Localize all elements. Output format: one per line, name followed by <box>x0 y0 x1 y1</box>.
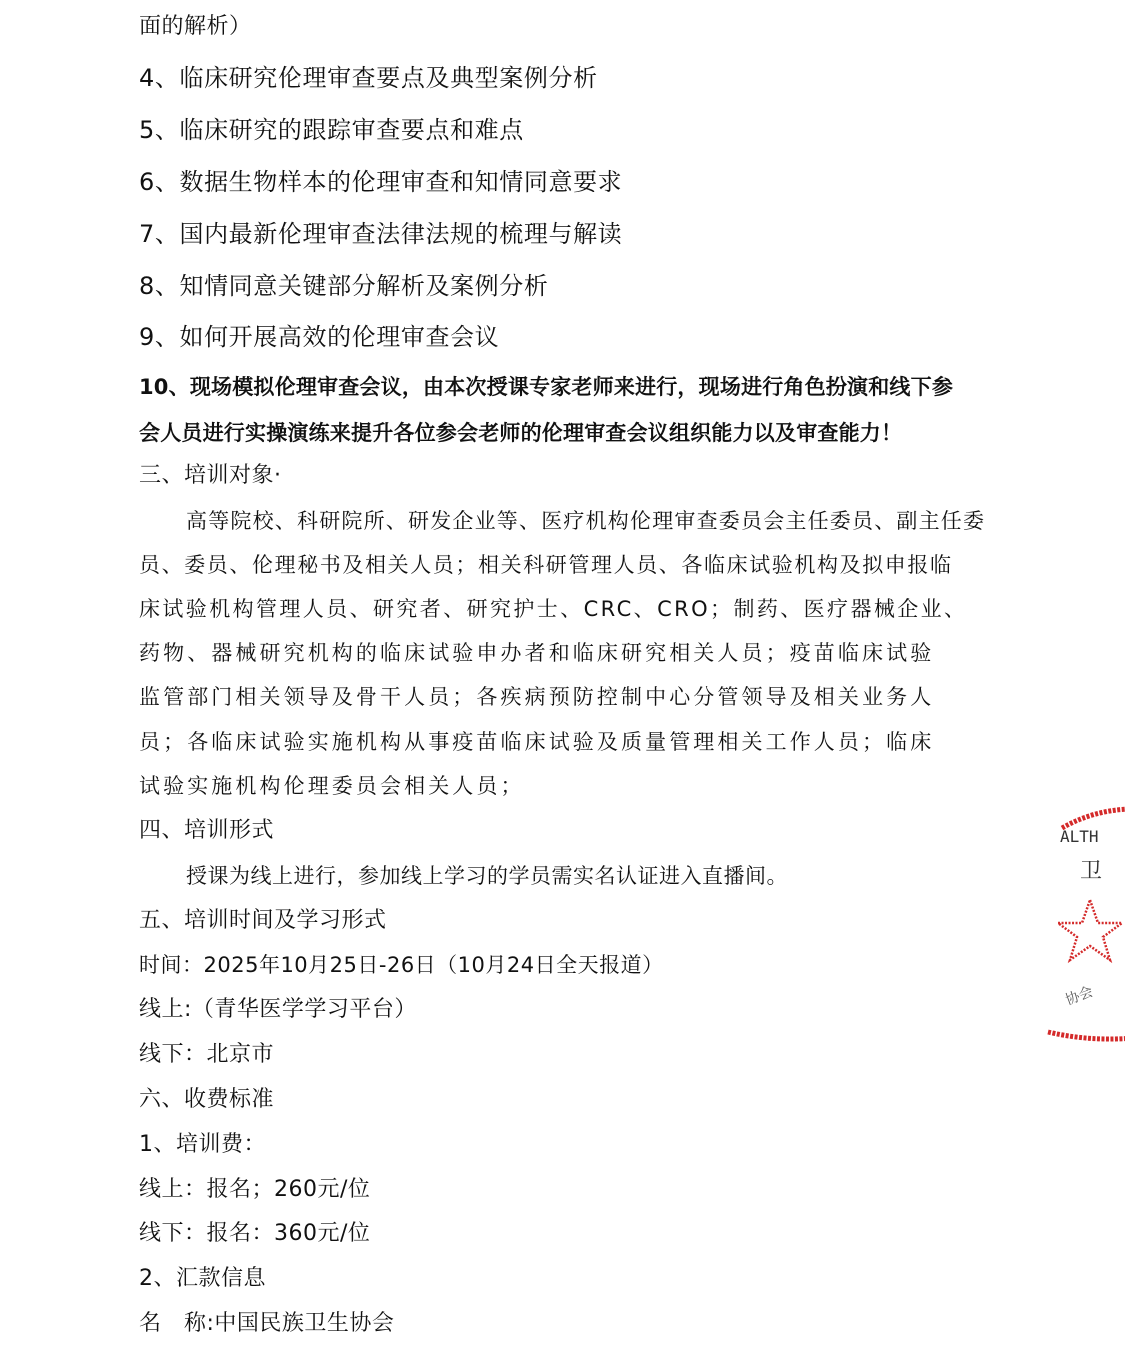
topic-item-5: 5、临床研究的跟踪审查要点和难点 <box>139 115 524 145</box>
online-fee: 线上：报名；260元/位 <box>139 1175 370 1205</box>
topic-item-7: 7、国内最新伦理审查法律法规的梳理与解读 <box>139 219 622 249</box>
svg-text:协会: 协会 <box>1063 983 1095 1009</box>
section-heading-5: 五、培训时间及学习形式 <box>139 906 387 936</box>
audience-paragraph-line-3: 床试验机构管理人员、研究者、研究护士、CRC、CRO；制药、医疗器械企业、 <box>139 594 967 624</box>
seal-text: ALTH <box>1060 827 1099 846</box>
official-seal-stamp: ALTH 卫 协会 <box>1040 800 1125 1045</box>
audience-paragraph-line-2: 员、委员、伦理秘书及相关人员；相关科研管理人员、各临床试验机构及拟申报临 <box>139 550 953 580</box>
topic-item-6: 6、数据生物样本的伦理审查和知情同意要求 <box>139 167 622 197</box>
audience-paragraph-line-7: 试验实施机构伦理委员会相关人员； <box>139 771 525 801</box>
topic-item-9: 9、如何开展高效的伦理审查会议 <box>139 322 499 352</box>
remittance-heading: 2、汇款信息 <box>139 1264 266 1294</box>
audience-paragraph-line-5: 监管部门相关领导及骨干人员；各疾病预防控制中心分管领导及相关业务人 <box>139 682 934 712</box>
section-heading-6: 六、收费标准 <box>139 1085 274 1115</box>
audience-paragraph-line-4: 药物、器械研究机构的临床试验申办者和临床研究相关人员；疫苗临床试验 <box>139 638 934 668</box>
section-heading-4: 四、培训形式 <box>139 816 274 846</box>
continued-line: 面的解析） <box>139 12 252 42</box>
topic-item-10-cont: 会人员进行实操演练来提升各位参会老师的伦理审查会议组织能力以及审查能力！ <box>139 418 902 448</box>
offline-location: 线下：北京市 <box>139 1040 274 1070</box>
audience-paragraph-line-1: 高等院校、科研院所、研发企业等、医疗机构伦理审查委员会主任委员、副主任委 <box>186 506 985 536</box>
training-time: 时间：2025年10月25日-26日（10月24日全天报道） <box>139 950 664 980</box>
topic-item-10: 10、现场模拟伦理审查会议，由本次授课专家老师来进行，现场进行角色扮演和线下参 <box>139 372 953 402</box>
document-page: 面的解析） 4、临床研究伦理审查要点及典型案例分析 5、临床研究的跟踪审查要点和… <box>0 0 1125 1347</box>
offline-fee: 线下：报名：360元/位 <box>139 1219 370 1249</box>
section-heading-3: 三、培训对象· <box>139 461 282 491</box>
svg-text:卫: 卫 <box>1080 859 1102 884</box>
account-name: 名 称:中国民族卫生协会 <box>139 1309 394 1339</box>
online-platform: 线上:（青华医学学习平台） <box>139 995 417 1025</box>
format-description: 授课为线上进行，参加线上学习的学员需实名认证进入直播间。 <box>186 861 788 891</box>
audience-paragraph-line-6: 员；各临床试验实施机构从事疫苗临床试验及质量管理相关工作人员；临床 <box>139 727 934 757</box>
topic-item-4: 4、临床研究伦理审查要点及典型案例分析 <box>139 63 598 93</box>
fee-heading: 1、培训费： <box>139 1130 266 1160</box>
topic-item-8: 8、知情同意关键部分解析及案例分析 <box>139 271 548 301</box>
